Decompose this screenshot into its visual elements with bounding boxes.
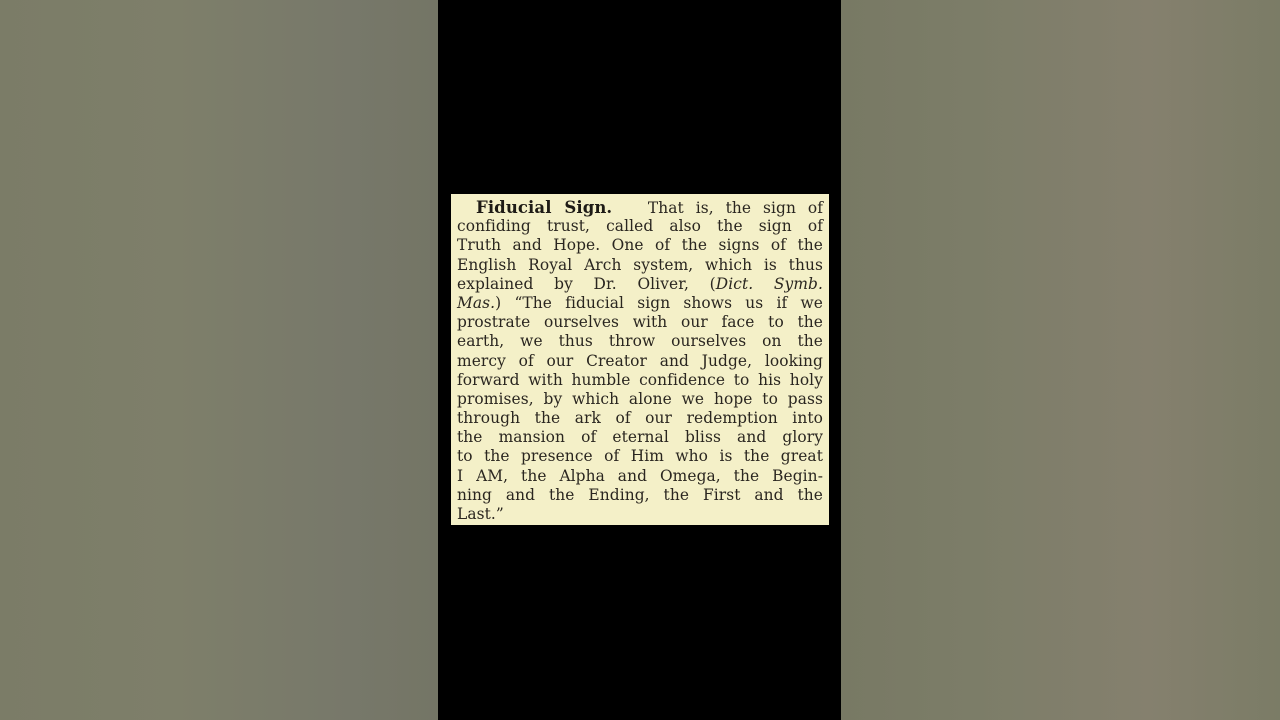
text-line: ning and the Ending, the First and the xyxy=(457,486,823,505)
text-line: Mas.) “The fiducial sign shows us if we xyxy=(457,294,823,313)
dictionary-clipping: Fiducial Sign. That is, the sign of conf… xyxy=(451,194,829,525)
citation-italic: Mas. xyxy=(457,294,495,312)
text-line: to the presence of Him who is the great xyxy=(457,447,823,466)
blurred-backdrop-left xyxy=(0,0,438,720)
entry-term: Fiducial Sign. xyxy=(476,198,612,217)
text-line: Last.” xyxy=(457,505,823,524)
text-line: confiding trust, called also the sign of xyxy=(457,217,823,236)
text-line: Truth and Hope. One of the signs of the xyxy=(457,236,823,255)
text-line: English Royal Arch system, which is thus xyxy=(457,256,823,275)
text-line: explained by Dr. Oliver, (Dict. Symb. xyxy=(457,275,823,294)
text-line: forward with humble confidence to his ho… xyxy=(457,371,823,390)
blurred-backdrop-right xyxy=(841,0,1280,720)
citation-italic: Dict. Symb. xyxy=(716,275,823,293)
text-line: I AM, the Alpha and Omega, the Begin- xyxy=(457,467,823,486)
text-line: promises, by which alone we hope to pass xyxy=(457,390,823,409)
text-line: the mansion of eternal bliss and glory xyxy=(457,428,823,447)
text-line: prostrate ourselves with our face to the xyxy=(457,313,823,332)
text-line: Fiducial Sign. That is, the sign of xyxy=(457,198,823,217)
text-line: through the ark of our redemption into xyxy=(457,409,823,428)
text-line: earth, we thus throw ourselves on the xyxy=(457,332,823,351)
text-line: mercy of our Creator and Judge, looking xyxy=(457,352,823,371)
